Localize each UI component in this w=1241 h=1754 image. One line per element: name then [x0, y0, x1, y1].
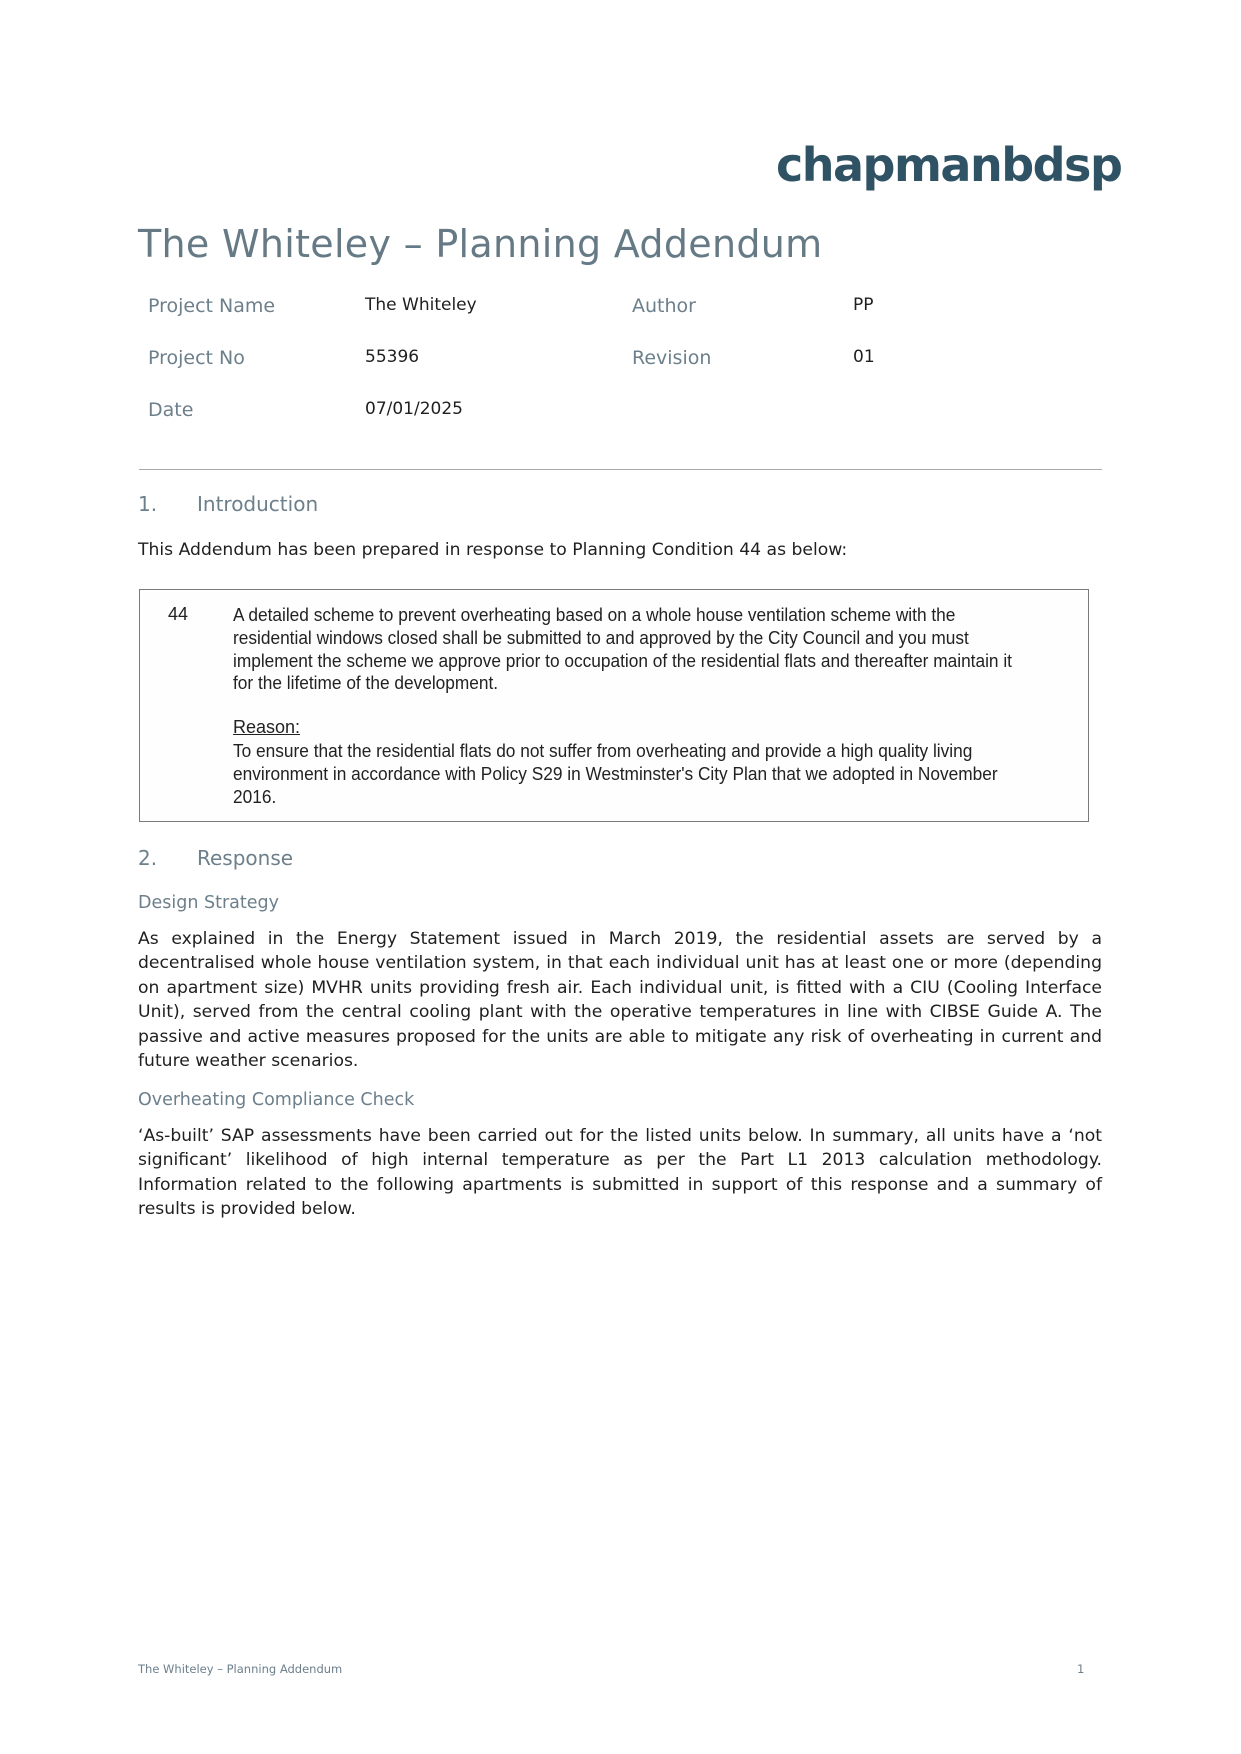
project-name-label: Project Name — [148, 295, 275, 317]
introduction-paragraph: This Addendum has been prepared in respo… — [138, 538, 1102, 562]
author-label: Author — [632, 295, 696, 317]
section-title: Introduction — [197, 492, 318, 516]
project-no-value: 55396 — [365, 347, 419, 367]
date-value: 07/01/2025 — [365, 399, 463, 419]
footer-page-number: 1 — [1077, 1662, 1084, 1676]
footer-document-title: The Whiteley – Planning Addendum — [138, 1662, 342, 1676]
condition-number: 44 — [168, 604, 188, 625]
design-strategy-paragraph: As explained in the Energy Statement iss… — [138, 927, 1102, 1073]
company-logo: chapmanbdsp — [776, 138, 1121, 192]
condition-reason-label: Reason: — [233, 717, 300, 738]
project-name-value: The Whiteley — [365, 295, 477, 315]
project-no-label: Project No — [148, 347, 245, 369]
document-title: The Whiteley – Planning Addendum — [138, 222, 822, 266]
design-strategy-heading: Design Strategy — [138, 893, 279, 913]
section-number: 1. — [138, 492, 197, 516]
overheating-compliance-paragraph: ‘As-built’ SAP assessments have been car… — [138, 1124, 1102, 1222]
condition-text: A detailed scheme to prevent overheating… — [233, 604, 1035, 695]
condition-reason-text: To ensure that the residential flats do … — [233, 740, 1035, 808]
revision-label: Revision — [632, 347, 711, 369]
date-label: Date — [148, 399, 193, 421]
planning-condition-box: 44 A detailed scheme to prevent overheat… — [139, 589, 1089, 822]
section-number: 2. — [138, 846, 197, 870]
overheating-compliance-heading: Overheating Compliance Check — [138, 1090, 414, 1110]
section-title: Response — [197, 846, 293, 870]
section-heading-response: 2.Response — [138, 846, 293, 870]
section-heading-introduction: 1.Introduction — [138, 492, 318, 516]
author-value: PP — [853, 295, 874, 315]
revision-value: 01 — [853, 347, 875, 367]
header-divider — [139, 469, 1102, 470]
